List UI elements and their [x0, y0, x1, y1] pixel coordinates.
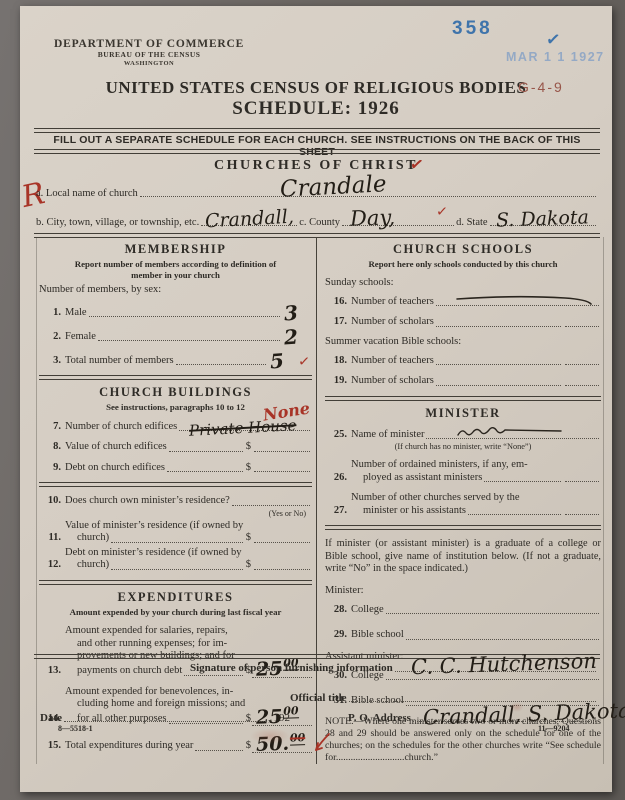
question-label: Number of ordained ministers, if any, em…	[351, 459, 601, 472]
dollar-sign: $	[246, 462, 251, 475]
banner-instruction: FILL OUT A SEPARATE SCHEDULE FOR EACH CH…	[34, 134, 600, 158]
question-row-18: 18. Number of teachers	[325, 355, 601, 368]
dollar-sign: $	[246, 441, 251, 454]
dotted-leader	[111, 542, 243, 543]
question-row-28: 28. College	[325, 604, 601, 617]
question-number: 1.	[39, 307, 61, 320]
question-row-26: 26. Number of ordained ministers, if any…	[325, 459, 601, 484]
dotted-leader	[254, 451, 310, 452]
question-row-27: 27. Number of other churches served by t…	[325, 492, 601, 517]
question-number: 17.	[325, 316, 347, 329]
expenditures-subheading: Amount expended by your church during la…	[39, 607, 312, 618]
dotted-leader: Crandall, S. Dakota	[413, 721, 596, 722]
signature-row: Signature of person furnishing informati…	[190, 662, 598, 674]
question-label: Number of teachers	[351, 296, 434, 309]
dotted-leader	[98, 340, 280, 341]
red-checkmark-icon: ✓	[436, 204, 449, 222]
question-label-cont: church)	[77, 532, 109, 545]
question-label: Male	[65, 307, 87, 320]
left-column: MEMBERSHIP Report number of members acco…	[36, 237, 312, 764]
question-number: 11.	[39, 532, 61, 545]
dotted-leader	[64, 721, 266, 722]
rule-divider	[34, 128, 600, 133]
rule-divider	[39, 580, 312, 585]
question-label-cont: payments on church debt	[77, 665, 182, 678]
question-label: Number of other churches served by the	[351, 492, 601, 505]
schools-subheading: Report here only schools conducted by th…	[325, 259, 601, 270]
agency-block: DEPARTMENT OF COMMERCE BUREAU OF THE CEN…	[54, 38, 244, 67]
question-label: Amount expended for benevolences, in-	[65, 686, 312, 699]
question-number: 28.	[325, 604, 347, 617]
question-number: 8.	[39, 441, 61, 454]
group-label-summer: Summer vacation Bible schools:	[325, 336, 601, 347]
question-label: Number of church edifices	[65, 421, 177, 434]
denomination-heading: ✓ CHURCHES OF CHRIST	[20, 158, 612, 174]
field-label: d. State	[456, 217, 488, 228]
question-label: Number of scholars	[351, 316, 434, 329]
dotted-leader: C. C. Hutchenson	[395, 671, 596, 672]
rule-divider	[39, 375, 312, 380]
official-title-label: Official title	[290, 692, 347, 704]
question-label: Value of minister’s residence (if owned …	[65, 520, 312, 533]
question-label: Debt on minister’s residence (if owned b…	[65, 547, 312, 560]
paper-stain	[250, 728, 290, 744]
signature-label: Signature of person furnishing informati…	[190, 662, 393, 674]
question-row-10: 10. Does church own minister’s residence…	[39, 495, 312, 508]
form-number-right: 11—9204	[538, 724, 598, 733]
dotted-leader	[169, 451, 243, 452]
rule-divider	[325, 525, 601, 530]
dotted-leader	[406, 639, 599, 640]
dotted-leader: Day, ✓	[342, 225, 454, 226]
dotted-leader	[565, 364, 599, 365]
membership-intro: Number of members, by sex:	[39, 284, 312, 295]
dotted-leader	[565, 326, 599, 327]
dotted-leader: Crandall,	[201, 225, 297, 226]
dotted-leader	[565, 481, 599, 482]
question-label: Total number of members	[65, 355, 174, 368]
graduate-instructions: If minister (or assistant minister) is a…	[325, 538, 601, 576]
dotted-leader	[195, 750, 242, 751]
question-number: 2.	[39, 331, 61, 344]
dotted-leader	[484, 481, 561, 482]
question-number: 16.	[325, 296, 347, 309]
question-label: College	[351, 604, 384, 617]
handwritten-dash-mark	[455, 293, 595, 305]
rule-divider	[325, 396, 601, 401]
field-local-name: a. Local name of church Crandale	[36, 188, 598, 199]
membership-subheading: Report number of members according to de…	[39, 259, 312, 280]
red-none-annotation: None	[262, 402, 310, 422]
dotted-leader	[436, 364, 561, 365]
question-label: Does church own minister’s residence?	[65, 495, 230, 508]
handwritten-answer-female: 2	[283, 327, 298, 348]
rule-divider	[34, 149, 600, 154]
blue-checkmark-icon: ✓	[545, 29, 562, 51]
agency-line2: BUREAU OF THE CENSUS	[54, 51, 244, 60]
dotted-leader	[468, 514, 561, 515]
question-label-cont: and other running expenses; for im-	[65, 638, 312, 651]
section-heading-expenditures: EXPENDITURES	[39, 590, 312, 605]
dotted-leader	[426, 438, 599, 439]
question-row-9: 9. Debt on church edifices $	[39, 462, 312, 475]
question-label: Total expenditures during year	[65, 740, 193, 753]
question-number: 13.	[39, 665, 61, 678]
section-heading-buildings: CHURCH BUILDINGS	[39, 385, 312, 400]
census-form-paper: DEPARTMENT OF COMMERCE BUREAU OF THE CEN…	[20, 6, 612, 792]
right-column: CHURCH SCHOOLS Report here only schools …	[317, 237, 604, 764]
red-code-annotation: G-4-9	[518, 79, 564, 95]
field-city-county-state: b. City, town, village, or township, etc…	[36, 217, 598, 228]
dotted-leader	[184, 675, 242, 676]
dotted-leader	[111, 569, 243, 570]
field-label: c. County	[299, 217, 340, 228]
dotted-leader	[254, 542, 310, 543]
question-number: 12.	[39, 559, 61, 572]
question-number: 7.	[39, 421, 61, 434]
handwritten-answer-male: 3	[283, 303, 298, 324]
handwritten-answer-total: 5	[270, 351, 285, 372]
group-label-sunday: Sunday schools:	[325, 277, 601, 288]
section-heading-minister: MINISTER	[325, 406, 601, 421]
question-row-1: 1. Male 3	[39, 303, 312, 319]
question-label-cont: church)	[77, 559, 109, 572]
field-label: b. City, town, village, or township, etc…	[36, 217, 199, 228]
dotted-leader: Crandale	[140, 196, 596, 197]
question-label: Debt on church edifices	[65, 462, 165, 475]
date-address-row: Date , 192 8—5518-1 P. O. Address Cranda…	[40, 712, 598, 733]
question-number: 3.	[39, 355, 61, 368]
date-column: Date , 192 8—5518-1	[40, 712, 290, 733]
question-row-16: 16. Number of teachers	[325, 296, 601, 309]
po-address-column: P. O. Address Crandall, S. Dakota 11—920…	[348, 712, 598, 733]
question-label: Amount expended for salaries, repairs,	[65, 625, 312, 638]
question-label: Value of church edifices	[65, 441, 167, 454]
dotted-leader	[436, 305, 599, 306]
red-checkmark-icon: ✓	[298, 356, 311, 370]
date-received-stamp: MAR 1 1 1927	[506, 50, 605, 64]
question-row-25: 25. Name of minister	[325, 429, 601, 442]
date-label: Date	[40, 712, 62, 724]
handwritten-city: Crandall,	[205, 208, 295, 232]
red-checkmark-icon: ✓	[408, 154, 427, 176]
question-row-3: 3. Total number of members 5 ✓	[39, 351, 312, 367]
dotted-leader	[565, 385, 599, 386]
handwritten-state: S. Dakota	[495, 208, 589, 230]
question-number: 27.	[325, 505, 347, 518]
question-row-12: 12. Debt on minister’s residence (if own…	[39, 547, 312, 572]
red-arrow-icon	[311, 732, 331, 758]
dotted-leader	[232, 505, 310, 506]
no-minister-hint: (If church has no minister, write “None”…	[325, 442, 601, 451]
question-row-7: 7. Number of church edifices Private Hou…	[39, 421, 312, 434]
rule-divider	[39, 482, 312, 487]
minister-name-scribble	[456, 425, 566, 439]
question-row-11: 11. Value of minister’s residence (if ow…	[39, 520, 312, 545]
minister-sublabel: Minister:	[325, 585, 601, 596]
dotted-leader: S. Dakota	[490, 225, 596, 226]
question-number: 19.	[325, 375, 347, 388]
question-row-19: 19. Number of scholars	[325, 375, 601, 388]
dotted-leader	[254, 471, 310, 472]
handwritten-county: Day,	[350, 207, 396, 230]
dotted-leader	[386, 679, 599, 680]
dollar-sign: $	[246, 740, 251, 753]
dotted-leader	[254, 569, 310, 570]
dotted-leader	[167, 471, 243, 472]
dotted-leader	[176, 364, 267, 365]
question-number: 15.	[39, 740, 61, 753]
question-label-cont: ployed as assistant ministers	[363, 472, 482, 485]
dollar-sign: $	[246, 532, 251, 545]
agency-line3: WASHINGTON	[54, 60, 244, 67]
section-heading-schools: CHURCH SCHOOLS	[325, 242, 601, 257]
dotted-leader	[436, 326, 561, 327]
form-subtitle: SCHEDULE: 1926	[20, 98, 612, 120]
question-row-8: 8. Value of church edifices $	[39, 441, 312, 454]
question-number: 29.	[325, 629, 347, 642]
dotted-leader	[386, 613, 599, 614]
question-number: 9.	[39, 462, 61, 475]
dotted-leader	[436, 385, 561, 386]
question-number: 10.	[39, 495, 61, 508]
question-label: Name of minister	[351, 429, 424, 442]
receipt-number-stamp: 358	[452, 18, 493, 40]
question-label: Number of scholars	[351, 375, 434, 388]
question-row-17: 17. Number of scholars	[325, 316, 601, 329]
question-number: 26.	[325, 472, 347, 485]
question-number: 25.	[325, 429, 347, 442]
po-address-label: P. O. Address	[348, 712, 411, 724]
dotted-leader	[89, 316, 281, 317]
dollar-sign: $	[246, 559, 251, 572]
form-columns: MEMBERSHIP Report number of members acco…	[36, 237, 604, 764]
dotted-leader	[565, 514, 599, 515]
question-row-2: 2. Female 2	[39, 327, 312, 343]
question-label-cont: minister or his assistants	[363, 505, 466, 518]
field-label: a. Local name of church	[36, 188, 138, 199]
question-row-29: 29. Bible school	[325, 629, 601, 642]
question-label: Number of teachers	[351, 355, 434, 368]
question-label: Bible school	[351, 629, 404, 642]
question-label: Female	[65, 331, 96, 344]
date-year-prefix: , 192	[268, 712, 290, 724]
question-number: 18.	[325, 355, 347, 368]
yes-or-no-hint: (Yes or No)	[39, 509, 306, 518]
paper-stain	[510, 702, 524, 712]
handwritten-church-name: Crandale	[279, 173, 387, 202]
section-heading-membership: MEMBERSHIP	[39, 242, 312, 257]
